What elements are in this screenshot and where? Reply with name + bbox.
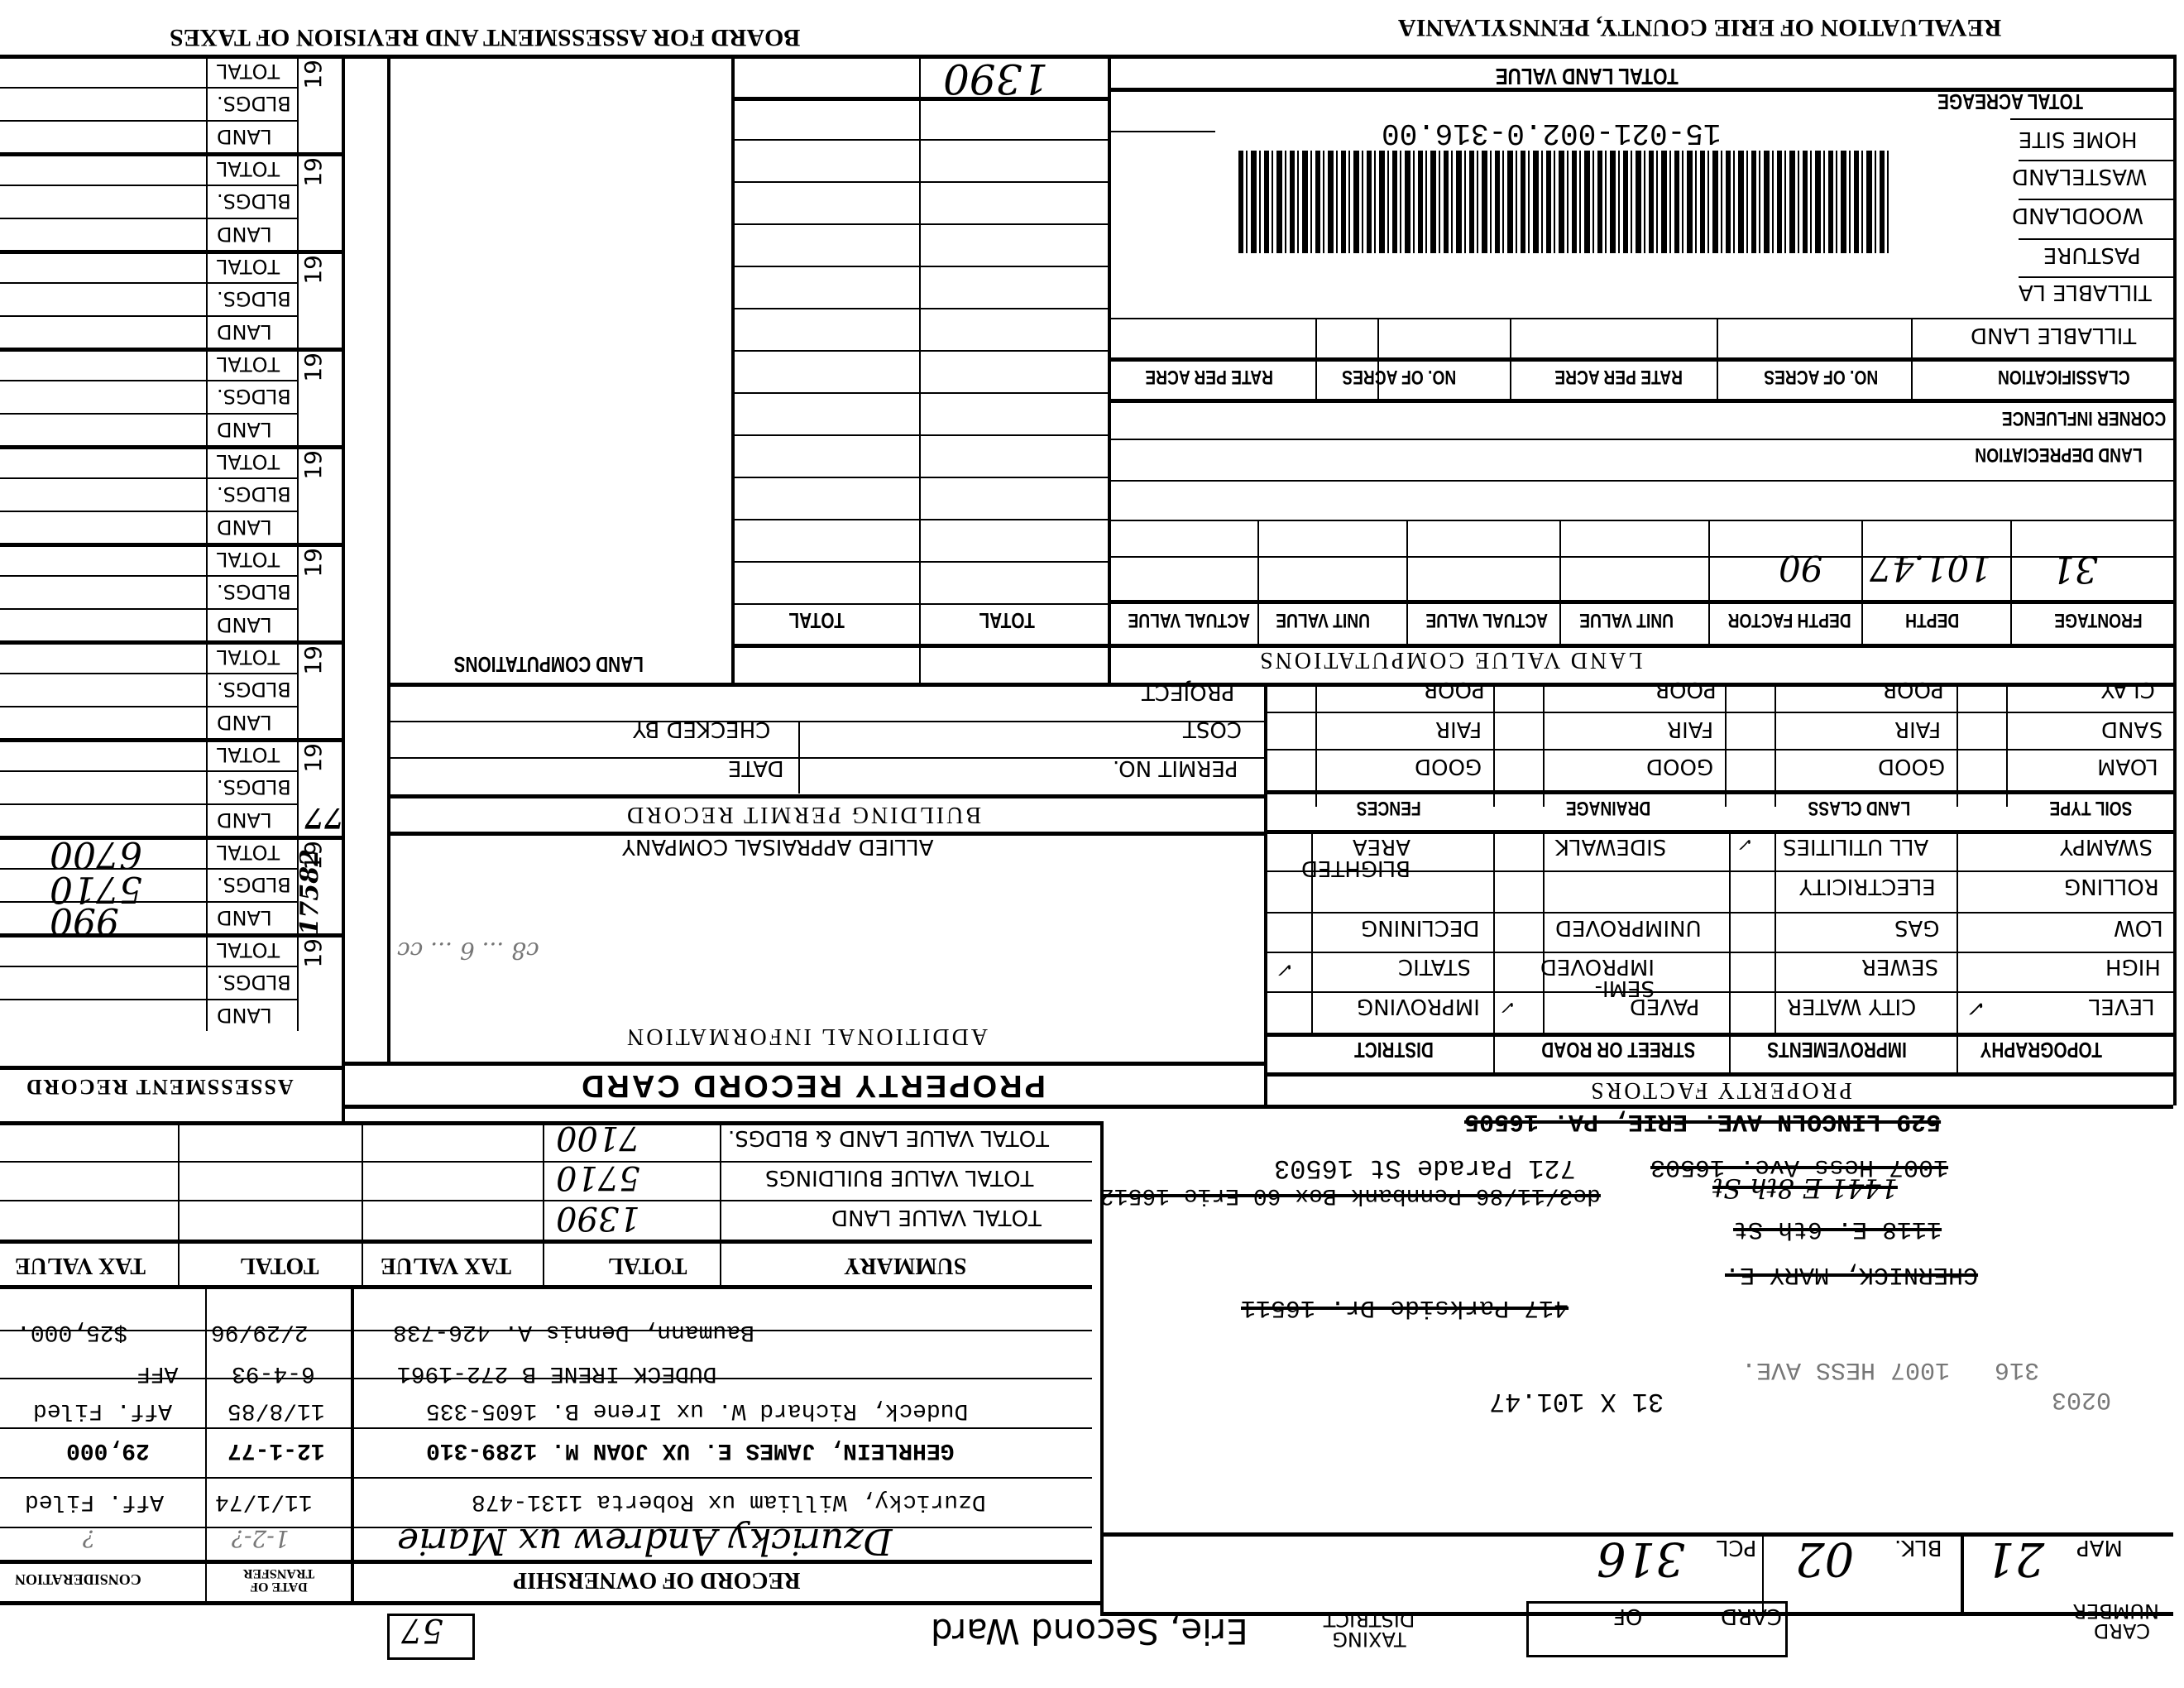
unit-value-header-1: UNIT VALUE — [1579, 610, 1674, 630]
improvement-gas: GAS — [1894, 917, 1939, 938]
assessment-row-label: TOTAL — [217, 940, 280, 960]
address-7: 529 LINCOLN AVE. ERIE, PA. 16505 — [1464, 1109, 1941, 1134]
topo-high: HIGH — [2105, 956, 2161, 977]
assessment-year-prefix: 19 — [302, 255, 325, 285]
stamp-number: 57 — [401, 1614, 443, 1647]
grade-good-2: GOOD — [1646, 755, 1713, 777]
assessment-row-label: BLDGS. — [217, 386, 291, 406]
improvements-header: IMPROVEMENTS — [1767, 1039, 1907, 1061]
summary-row-land: TOTAL VALUE LAND — [831, 1206, 1042, 1228]
assessment-row-label: BLDGS. — [217, 582, 291, 602]
tillable-land-label: TILLABLE LAND — [1971, 324, 2136, 346]
grade-fair-2: FAIR — [1667, 718, 1713, 740]
address-4: de3/11/86 Pennbank Box 60 Erie 16512 — [1100, 1183, 1601, 1206]
assessment-row-label: LAND — [217, 712, 272, 732]
soil-type-header: SOIL TYPE — [2049, 798, 2132, 818]
assessment-row-label: LAND — [217, 615, 272, 635]
address-0: CHERNICK, MARY E. — [1725, 1262, 1978, 1287]
assessment-row-label: BLDGS. — [217, 484, 291, 504]
pcl-value[interactable]: 316 — [1597, 1535, 1685, 1581]
assessment-row-label: TOTAL — [217, 61, 280, 81]
unit-value-header-2: UNIT VALUE — [1276, 610, 1370, 630]
frontage-value[interactable]: 31 — [2052, 550, 2098, 587]
owner-5: DUDECK IRENE B 272-1961 — [397, 1361, 716, 1384]
date-of-transfer-header: DATE OF TRANSFER — [217, 1566, 341, 1593]
date-2: 11/1/74 — [215, 1489, 313, 1513]
card-label: CARD — [1721, 1605, 1782, 1627]
depth-header: DEPTH — [1905, 610, 1959, 630]
check-all-utilities[interactable]: ✓ — [1739, 834, 1754, 852]
owner-3: GEHRLEIN, JAMES E. UX JOAN M. 1289-310 — [426, 1438, 955, 1461]
total-land-value-label: TOTAL LAND VALUE — [1496, 65, 1679, 88]
district-header: DISTRICT — [1354, 1039, 1434, 1061]
assessment-year-block: TOTALBLDGS.LAND19 — [0, 445, 342, 543]
assessment-year-block: TOTALBLDGS.LAND19 — [0, 250, 342, 348]
depth-factor-value[interactable]: 90 — [1779, 550, 1822, 585]
frontage-header: FRONTAGE — [2054, 610, 2142, 630]
assessment-year-prefix: 19 — [302, 645, 325, 675]
owner-2: Dzuricky, William ux Roberta 1131-478 — [472, 1489, 986, 1513]
topo-swampy: SWAMPY — [2060, 836, 2153, 857]
land-totals-grid — [731, 55, 1108, 683]
improvement-sewer: SEWER — [1861, 956, 1938, 977]
improvement-all-utilities: ALL UTILITIES — [1783, 836, 1928, 857]
date-5: 6-4-93 — [232, 1361, 315, 1384]
address-current: 721 Parade St 16503 — [1274, 1154, 1576, 1181]
rate-header-1: RATE PER ACRE — [1554, 367, 1683, 386]
appraisal-company: ALLIED APPRAISAL COMPANY — [622, 836, 933, 857]
wasteland-label: WASTELAND — [2012, 165, 2147, 187]
of-label: OF — [1613, 1605, 1642, 1627]
owner-1: Dzuricky Andrew ux Marie — [397, 1523, 893, 1559]
additional-info-title: ADDITIONAL INFORMATION — [625, 1024, 988, 1048]
blk-value[interactable]: 02 — [1795, 1535, 1854, 1581]
drainage-header: DRAINAGE — [1566, 798, 1650, 818]
consideration-5: AFF — [136, 1361, 178, 1384]
assessment-row-label: TOTAL — [217, 452, 280, 472]
pcl-label: PCL — [1717, 1537, 1756, 1558]
grade-poor-2: POOR — [1655, 679, 1717, 700]
consideration-2: Aff. Filed — [25, 1489, 164, 1513]
acres-header-1: NO. OF ACRES — [1764, 367, 1878, 386]
board-header: BOARD FOR ASSESSMENT AND REVISION OF TAX… — [170, 25, 800, 50]
assessment-record: TOTALBLDGS.LAND19TOTALBLDGS.LAND19TOTALB… — [0, 55, 342, 1066]
grade-good-1: GOOD — [1878, 755, 1945, 777]
address-5: 1007 Hess Ave. 16503 — [1650, 1154, 1948, 1179]
total-acreage-label: TOTAL ACREAGE — [1937, 91, 2083, 113]
parcel-id: 15-021-002.0-316.00 — [1382, 117, 1721, 147]
address-1: 417 Parkside Dr. 16511 — [1241, 1295, 1569, 1320]
woodland-label: WOODLAND — [2012, 204, 2143, 226]
assessment-row-label: TOTAL — [217, 647, 280, 667]
owner-6: Baumann, Dennis A. 426-738 — [393, 1320, 754, 1343]
soil-sand: SAND — [2101, 718, 2162, 740]
assessment-row-label: LAND — [217, 908, 272, 928]
county-header: REVALUATION OF ERIE COUNTY, PENNSYLVANIA — [1398, 15, 2001, 40]
assessment-year-block: TOTALBLDGS.LAND19 — [0, 640, 342, 738]
summary-total-header-2: TOTAL — [240, 1254, 318, 1277]
assessment-year-prefix: 19 — [302, 157, 325, 187]
card-title: PROPERTY RECORD CARD — [579, 1070, 1046, 1101]
total-header-2: TOTAL — [979, 610, 1034, 631]
assessment-record-title: ASSESSMENT RECORD — [25, 1076, 294, 1097]
assessment-row-label: TOTAL — [217, 842, 280, 862]
assessment-row-label: TOTAL — [217, 354, 280, 374]
assessment-row-label: LAND — [217, 810, 272, 830]
summary-title: SUMMARY — [844, 1254, 966, 1277]
assessment-row-label: LAND — [217, 420, 272, 439]
date-label: DATE — [728, 757, 784, 779]
consideration-header: CONSIDERATION — [15, 1572, 141, 1587]
fences-header: FENCES — [1357, 798, 1421, 818]
date-6: 2/29/96 — [211, 1320, 309, 1343]
depth-value[interactable]: 101.47 — [1870, 550, 1991, 585]
map-value[interactable]: 21 — [1985, 1535, 2044, 1581]
date-1: 1-2-? — [232, 1527, 290, 1550]
assessment-row-label: BLDGS. — [217, 972, 291, 992]
land-class-header: LAND CLASS — [1808, 798, 1910, 818]
assessment-row-label: BLDGS. — [217, 875, 291, 894]
district-blighted-area: BLIGHTED AREA — [1319, 836, 1410, 879]
summary-total-land[interactable]: 1390 — [556, 1201, 640, 1235]
property-factors-title: PROPERTY FACTORS — [1588, 1078, 1852, 1101]
soil-clay: CLAY — [2101, 679, 2155, 700]
additional-notes: c8 ... 6 ... cc — [397, 935, 539, 965]
total-land-value-handwritten[interactable]: 1390 — [943, 58, 1048, 99]
summary-total-header-1: TOTAL — [608, 1254, 687, 1277]
total-header-1: TOTAL — [788, 610, 844, 631]
actual-value-header-1: ACTUAL VALUE — [1425, 610, 1548, 630]
topo-rolling: ROLLING — [2064, 875, 2159, 897]
assessment-year-77: 77 — [304, 803, 343, 832]
assessment-row-label: BLDGS. — [217, 777, 291, 797]
assessment-row-label: BLDGS. — [217, 289, 291, 309]
summary-tax-value-header-2: TAX VALUE — [15, 1254, 146, 1277]
assessment-year-block: TOTALBLDGS.LAND19 — [0, 55, 342, 152]
ownership-title: RECORD OF OWNERSHIP — [513, 1568, 800, 1591]
building-permit-title: BUILDING PERMIT RECORD — [625, 803, 981, 826]
actual-value-header-2: ACTUAL VALUE — [1128, 610, 1250, 630]
summary-total-land-bldgs[interactable]: 7100 — [556, 1121, 640, 1154]
assessment-year-stamp: 17582 — [298, 849, 323, 935]
check-paved[interactable]: ✓ — [1501, 997, 1516, 1015]
depth-factor-header: DEPTH FACTOR — [1728, 610, 1851, 630]
typed-location-1: 316 1007 HESS AVE. — [1741, 1357, 2039, 1382]
card-number-label: CARD NUMBER — [2085, 1601, 2159, 1641]
map-label: MAP — [2076, 1537, 2123, 1558]
barcode — [1238, 151, 1892, 253]
assessment-year-prefix: 19 — [302, 743, 325, 773]
street-paved: PAVED — [1630, 995, 1699, 1017]
cost-label: COST — [1183, 718, 1242, 740]
check-level[interactable]: ✓ — [1969, 997, 1987, 1019]
assessment-year-prefix: 19 — [302, 352, 325, 382]
assessment-year-block: TOTALBLDGS.LAND19 — [0, 348, 342, 445]
checked-by-label: CHECKED BY — [633, 718, 770, 740]
home-site-label: HOME SITE — [2019, 128, 2138, 150]
consideration-1: ? — [83, 1527, 95, 1550]
acres-header-2: NO. OF ACRES — [1342, 367, 1456, 386]
assessment-year-block: TOTALBLDGS.LAND19 — [0, 933, 342, 1031]
address-2: 1118 E. 6th St — [1733, 1216, 1942, 1241]
assessment-row-label: LAND — [217, 322, 272, 342]
assessment-row-label: LAND — [217, 127, 272, 146]
assessment-year-block: TOTALBLDGS.LAND19 — [0, 738, 342, 836]
assessment-handwritten-value[interactable]: 6700 — [50, 836, 142, 872]
rate-header-2: RATE PER ACRE — [1145, 367, 1273, 386]
street-or-road-header: STREET OR ROAD — [1541, 1039, 1695, 1061]
grade-poor-3: POOR — [1423, 679, 1485, 700]
assessment-year-block: TOTALBLDGS.LAND19 — [0, 543, 342, 640]
assessment-year-prefix: 19 — [302, 938, 325, 968]
summary-tax-value-header-1: TAX VALUE — [381, 1254, 511, 1277]
check-static[interactable]: ✓ — [1278, 960, 1295, 980]
assessment-row-label: TOTAL — [217, 159, 280, 179]
assessment-row-label: TOTAL — [217, 549, 280, 569]
date-3: 12-1-77 — [227, 1438, 325, 1461]
corner-influence-label: CORNER INFLUENCE — [2002, 408, 2166, 428]
lot-dimensions: 31 X 101.47 — [1489, 1388, 1664, 1414]
assessment-year-prefix: 19 — [302, 60, 325, 89]
consideration-6: $25,000. — [17, 1320, 127, 1343]
classification-header: CLASSIFICATION — [1998, 367, 2130, 386]
taxing-district-value[interactable]: Erie, Second Ward — [931, 1614, 1248, 1648]
assessment-row-label: LAND — [217, 224, 272, 244]
improvement-city-water: CITY WATER — [1787, 995, 1916, 1017]
grade-fair-1: FAIR — [1894, 718, 1941, 740]
land-depreciation-label: LAND DEPRECIATION — [1975, 444, 2142, 464]
soil-loam: LOAM — [2097, 755, 2158, 777]
assessment-row-label: BLDGS. — [217, 679, 291, 699]
typed-location-2: 0203 — [2052, 1387, 2111, 1412]
district-static: STATIC — [1398, 956, 1471, 977]
topo-low: LOW — [2114, 917, 2163, 938]
grade-good-3: GOOD — [1415, 755, 1482, 777]
topo-level: LEVEL — [2089, 995, 2155, 1017]
assessment-row-label: LAND — [217, 517, 272, 537]
permit-no-label: PERMIT NO. — [1113, 757, 1238, 779]
topography-header: TOPOGRAPHY — [1980, 1039, 2102, 1061]
assessment-row-label: TOTAL — [217, 257, 280, 276]
assessment-row-label: TOTAL — [217, 745, 280, 765]
assessment-row-label: LAND — [217, 1005, 272, 1025]
grade-fair-3: FAIR — [1435, 718, 1482, 740]
summary-total-buildings[interactable]: 5710 — [556, 1161, 640, 1194]
assessment-row-label: BLDGS. — [217, 191, 291, 211]
district-declining: DECLINING — [1361, 917, 1479, 938]
assessment-row-label: BLDGS. — [217, 94, 291, 113]
improvement-electricity: ELECTRICITY — [1799, 875, 1936, 897]
land-value-computations-title: LAND VALUE COMPUTATIONS — [1257, 648, 1643, 671]
pasture-label: PASTURE — [2043, 244, 2141, 266]
assessment-year-prefix: 19 — [302, 450, 325, 480]
assessment-year-prefix: 19 — [302, 548, 325, 578]
grade-poor-1: POOR — [1882, 679, 1944, 700]
summary-row-buildings: TOTAL VALUE BUILDINGS — [765, 1167, 1033, 1188]
summary-row-land-bldgs: TOTAL VALUE LAND & BLDGS. — [728, 1127, 1049, 1149]
owner-4: Dudeck, Richard W. ux Irene B. 1605-335 — [426, 1398, 968, 1422]
taxing-district-label: TAXING DISTRICT — [1319, 1609, 1419, 1649]
date-4: 11/8/85 — [227, 1398, 325, 1422]
blk-label: BLK. — [1894, 1537, 1942, 1558]
assessment-year-block: TOTALBLDGS.LAND19 — [0, 152, 342, 250]
district-improving: IMPROVING — [1357, 995, 1480, 1017]
tillable-la-label: TILLABLE LA — [2019, 281, 2152, 303]
street-sidewalk: SIDEWALK — [1555, 836, 1666, 857]
street-unimproved: UNIMPROVED — [1555, 917, 1702, 938]
consideration-3: 29,000 — [66, 1438, 150, 1461]
assessment-handwritten-value[interactable]: 990 — [50, 902, 119, 938]
land-computations-label: LAND COMPUTATIONS — [454, 654, 644, 675]
consideration-4: Aff. Filed — [33, 1398, 172, 1422]
project-label: PROJECT — [1142, 681, 1234, 703]
